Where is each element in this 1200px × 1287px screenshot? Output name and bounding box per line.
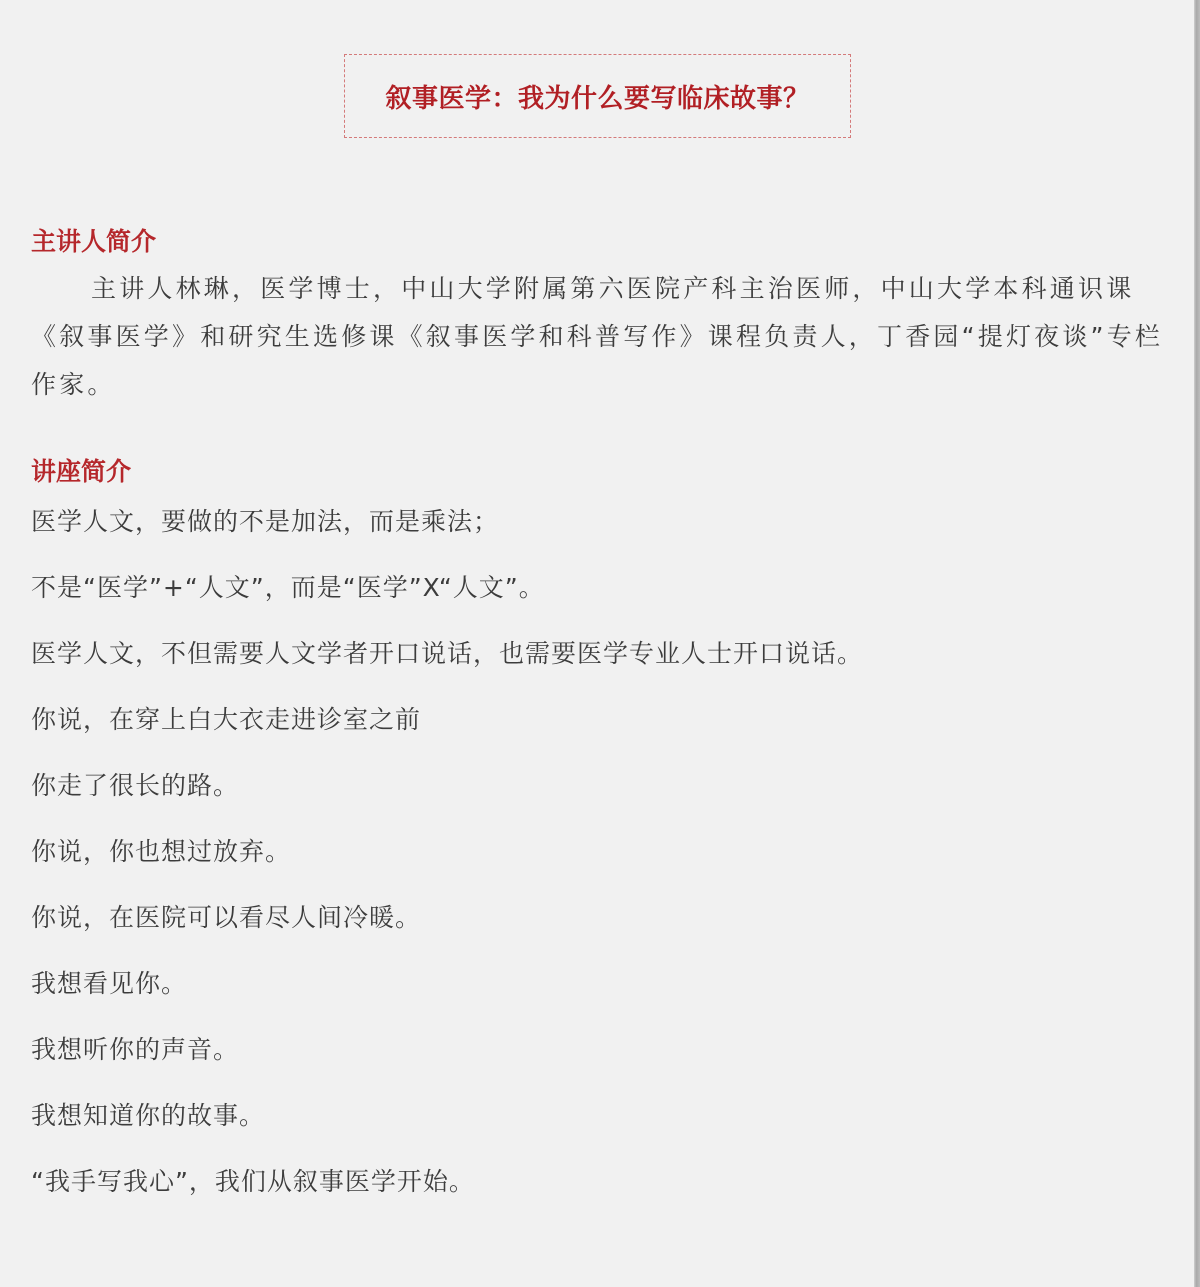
- lecture-line: 我想看见你。: [31, 964, 187, 1000]
- lecture-line: 不是“医学”+“人文”，而是“医学”X“人文”。: [31, 568, 545, 604]
- lecture-line: 我想听你的声音。: [31, 1030, 239, 1066]
- lecture-line: 你说，你也想过放弃。: [31, 832, 291, 868]
- page-title: 叙事医学：我为什么要写临床故事？: [385, 78, 809, 115]
- speaker-heading: 主讲人简介: [31, 222, 156, 258]
- lecture-line: 医学人文，要做的不是加法，而是乘法；: [31, 502, 499, 538]
- lecture-line: 我想知道你的故事。: [31, 1096, 265, 1132]
- lecture-heading: 讲座简介: [31, 452, 131, 488]
- speaker-bio: 主讲人林琳，医学博士，中山大学附属第六医院产科主治医师，中山大学本科通识课《叙事…: [31, 265, 1171, 409]
- lecture-line: 你走了很长的路。: [31, 766, 239, 802]
- lecture-line: “我手写我心”，我们从叙事医学开始。: [31, 1162, 475, 1198]
- lecture-line: 你说，在医院可以看尽人间冷暖。: [31, 898, 421, 934]
- lecture-line: 医学人文，不但需要人文学者开口说话，也需要医学专业人士开口说话。: [31, 634, 863, 670]
- lecture-line: 你说，在穿上白大衣走进诊室之前: [31, 700, 421, 736]
- title-box: 叙事医学：我为什么要写临床故事？: [344, 54, 851, 138]
- page-edge-shadow: [1194, 0, 1200, 1287]
